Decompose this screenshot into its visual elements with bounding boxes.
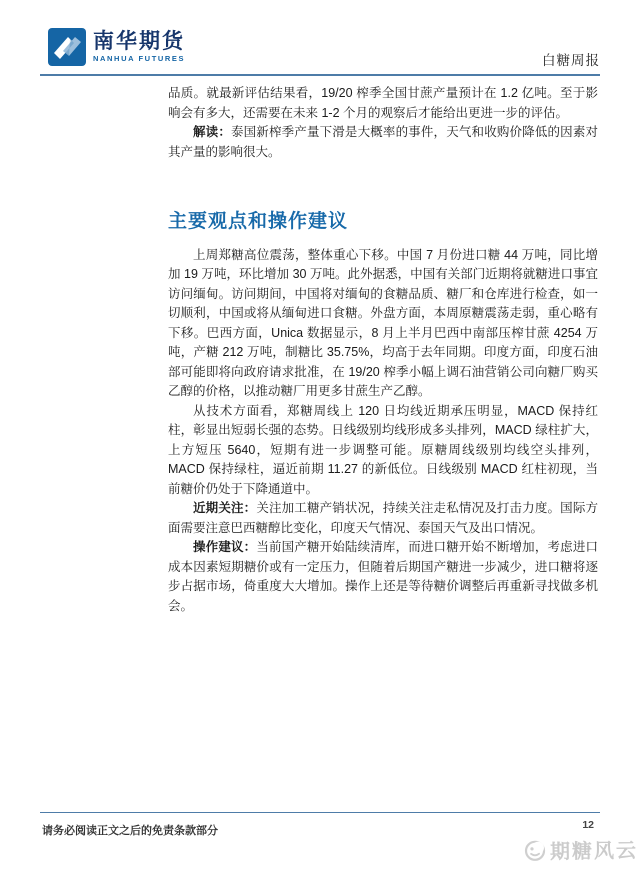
body-paragraph: 操作建议：当前国产糖开始陆续清库，而进口糖开始不断增加，考虑进口成本因素短期糖价… [168, 538, 598, 616]
interpretation-text: 泰国新榨季产量下滑是大概率的事件，天气和收购价降低的因素对其产量的影响很大。 [168, 125, 598, 159]
section-title: 主要观点和操作建议 [168, 212, 598, 232]
watermark-text: 期糖风云 [550, 834, 638, 865]
logo-text: 南华期货 NANHUA FUTURES [93, 30, 185, 64]
report-page: 南华期货 NANHUA FUTURES 白糖周报 品质。就最新评估结果看，19/… [0, 0, 640, 869]
footer-divider [40, 812, 600, 813]
page-number: 12 [582, 819, 594, 831]
paragraph-lead: 近期关注： [193, 501, 256, 515]
company-logo: 南华期货 NANHUA FUTURES [48, 28, 185, 66]
paragraph-lead: 操作建议： [193, 540, 256, 554]
header-divider [40, 74, 600, 76]
watermark-moon-face-icon [524, 839, 546, 861]
logo-company-name: 南华期货 [93, 30, 185, 54]
body-paragraph: 从技术方面看，郑糖周线上 120 日均线近期承压明显，MACD 保持红柱，彰显出… [168, 402, 598, 500]
paragraph-text: 从技术方面看，郑糖周线上 120 日均线近期承压明显，MACD 保持红柱，彰显出… [168, 404, 598, 496]
body-paragraph: 上周郑糖高位震荡，整体重心下移。中国 7 月份进口糖 44 万吨，同比增加 19… [168, 246, 598, 402]
body-paragraph: 近期关注：关注加工糖产销状况，持续关注走私情况及打击力度。国际方面需要注意巴西糖… [168, 499, 598, 538]
report-body: 品质。就最新评估结果看，19/20 榨季全国甘蔗产量预计在 1.2 亿吨。至于影… [168, 84, 598, 616]
logo-company-name-en: NANHUA FUTURES [93, 54, 185, 64]
report-title: 白糖周报 [542, 49, 600, 69]
watermark: 期糖风云 [524, 834, 638, 865]
interpretation-paragraph: 解读：泰国新榨季产量下滑是大概率的事件，天气和收购价降低的因素对其产量的影响很大… [168, 123, 598, 162]
paragraph-text: 上周郑糖高位震荡，整体重心下移。中国 7 月份进口糖 44 万吨，同比增加 19… [168, 248, 598, 399]
footer-disclaimer: 请务必阅读正文之后的免责条款部分 [42, 822, 218, 838]
nanhua-logo-icon [48, 28, 86, 66]
continuation-paragraph: 品质。就最新评估结果看，19/20 榨季全国甘蔗产量预计在 1.2 亿吨。至于影… [168, 84, 598, 123]
interpretation-lead: 解读： [193, 125, 231, 139]
